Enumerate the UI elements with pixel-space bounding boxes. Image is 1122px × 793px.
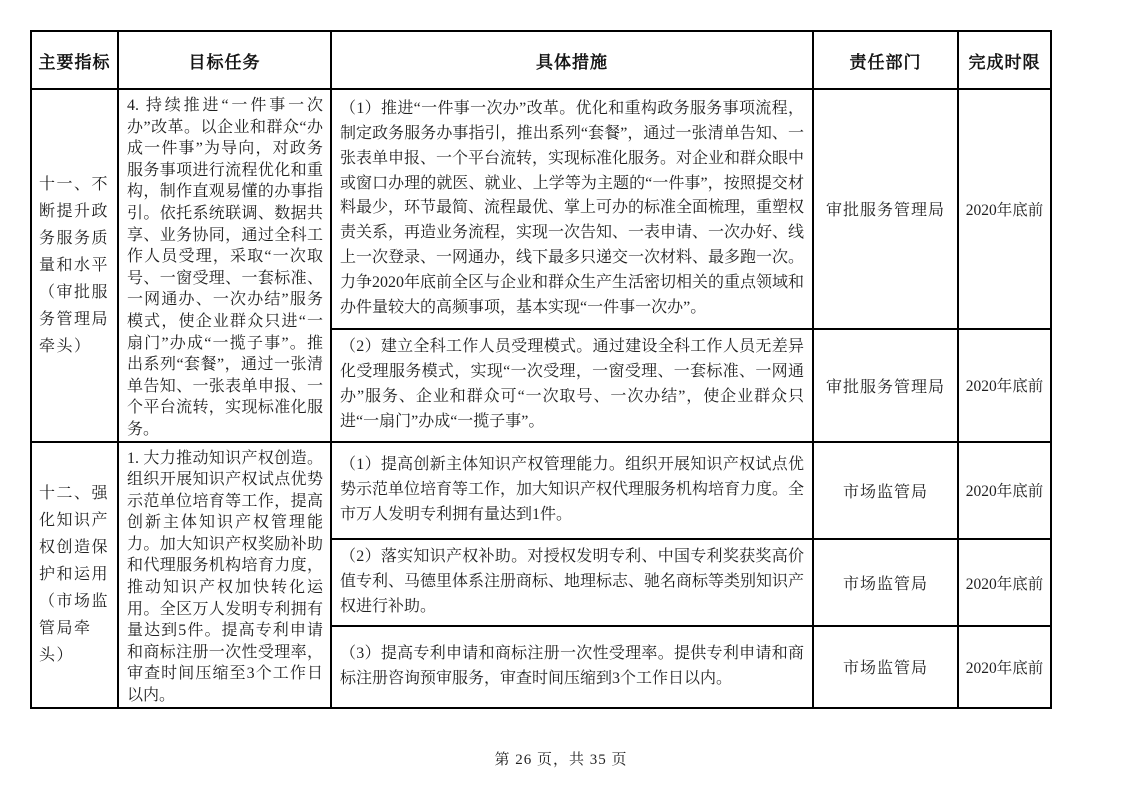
indicator-cell-11: 十一、不断提升政务服务质量和水平（审批服务管理局牵头） xyxy=(31,89,118,442)
task-measures-table: 主要指标 目标任务 具体措施 责任部门 完成时限 十一、不断提升政务服务质量和水… xyxy=(30,30,1052,709)
department-cell: 审批服务管理局 xyxy=(813,89,958,329)
deadline-cell: 2020年底前 xyxy=(958,89,1051,329)
task-cell-12: 1. 大力推动知识产权创造。组织开展知识产权试点优势示范单位培育等工作，提高创新… xyxy=(118,442,331,708)
table-row: 十一、不断提升政务服务质量和水平（审批服务管理局牵头） 4. 持续推进“一件事一… xyxy=(31,89,1051,329)
measure-cell: （3）提高专利申请和商标注册一次性受理率。提供专利申请和商标注册咨询预审服务，审… xyxy=(331,626,813,708)
table-row: 十二、强化知识产权创造保护和运用（市场监管局牵头） 1. 大力推动知识产权创造。… xyxy=(31,442,1051,540)
deadline-cell: 2020年底前 xyxy=(958,329,1051,442)
department-cell: 审批服务管理局 xyxy=(813,329,958,442)
measure-cell: （2）建立全科工作人员受理模式。通过建设全科工作人员无差异化受理服务模式，实现“… xyxy=(331,329,813,442)
column-header-deadline: 完成时限 xyxy=(958,31,1051,89)
measure-cell: （1）推进“一件事一次办”改革。优化和重构政务服务事项流程，制定政务服务办事指引… xyxy=(331,89,813,329)
deadline-cell: 2020年底前 xyxy=(958,539,1051,625)
page-number: 第 26 页，共 35 页 xyxy=(0,748,1122,769)
measure-cell: （2）落实知识产权补助。对授权发明专利、中国专利奖获奖高价值专利、马德里体系注册… xyxy=(331,539,813,625)
task-cell-11: 4. 持续推进“一件事一次办”改革。以企业和群众“办成一件事”为导向，对政务服务… xyxy=(118,89,331,442)
department-cell: 市场监管局 xyxy=(813,626,958,708)
measure-cell: （1）提高创新主体知识产权管理能力。组织开展知识产权试点优势示范单位培育等工作，… xyxy=(331,442,813,540)
department-cell: 市场监管局 xyxy=(813,539,958,625)
column-header-task: 目标任务 xyxy=(118,31,331,89)
column-header-department: 责任部门 xyxy=(813,31,958,89)
deadline-cell: 2020年底前 xyxy=(958,626,1051,708)
column-header-indicator: 主要指标 xyxy=(31,31,118,89)
column-header-measures: 具体措施 xyxy=(331,31,813,89)
deadline-cell: 2020年底前 xyxy=(958,442,1051,540)
table-header-row: 主要指标 目标任务 具体措施 责任部门 完成时限 xyxy=(31,31,1051,89)
indicator-cell-12: 十二、强化知识产权创造保护和运用（市场监管局牵头） xyxy=(31,442,118,708)
department-cell: 市场监管局 xyxy=(813,442,958,540)
